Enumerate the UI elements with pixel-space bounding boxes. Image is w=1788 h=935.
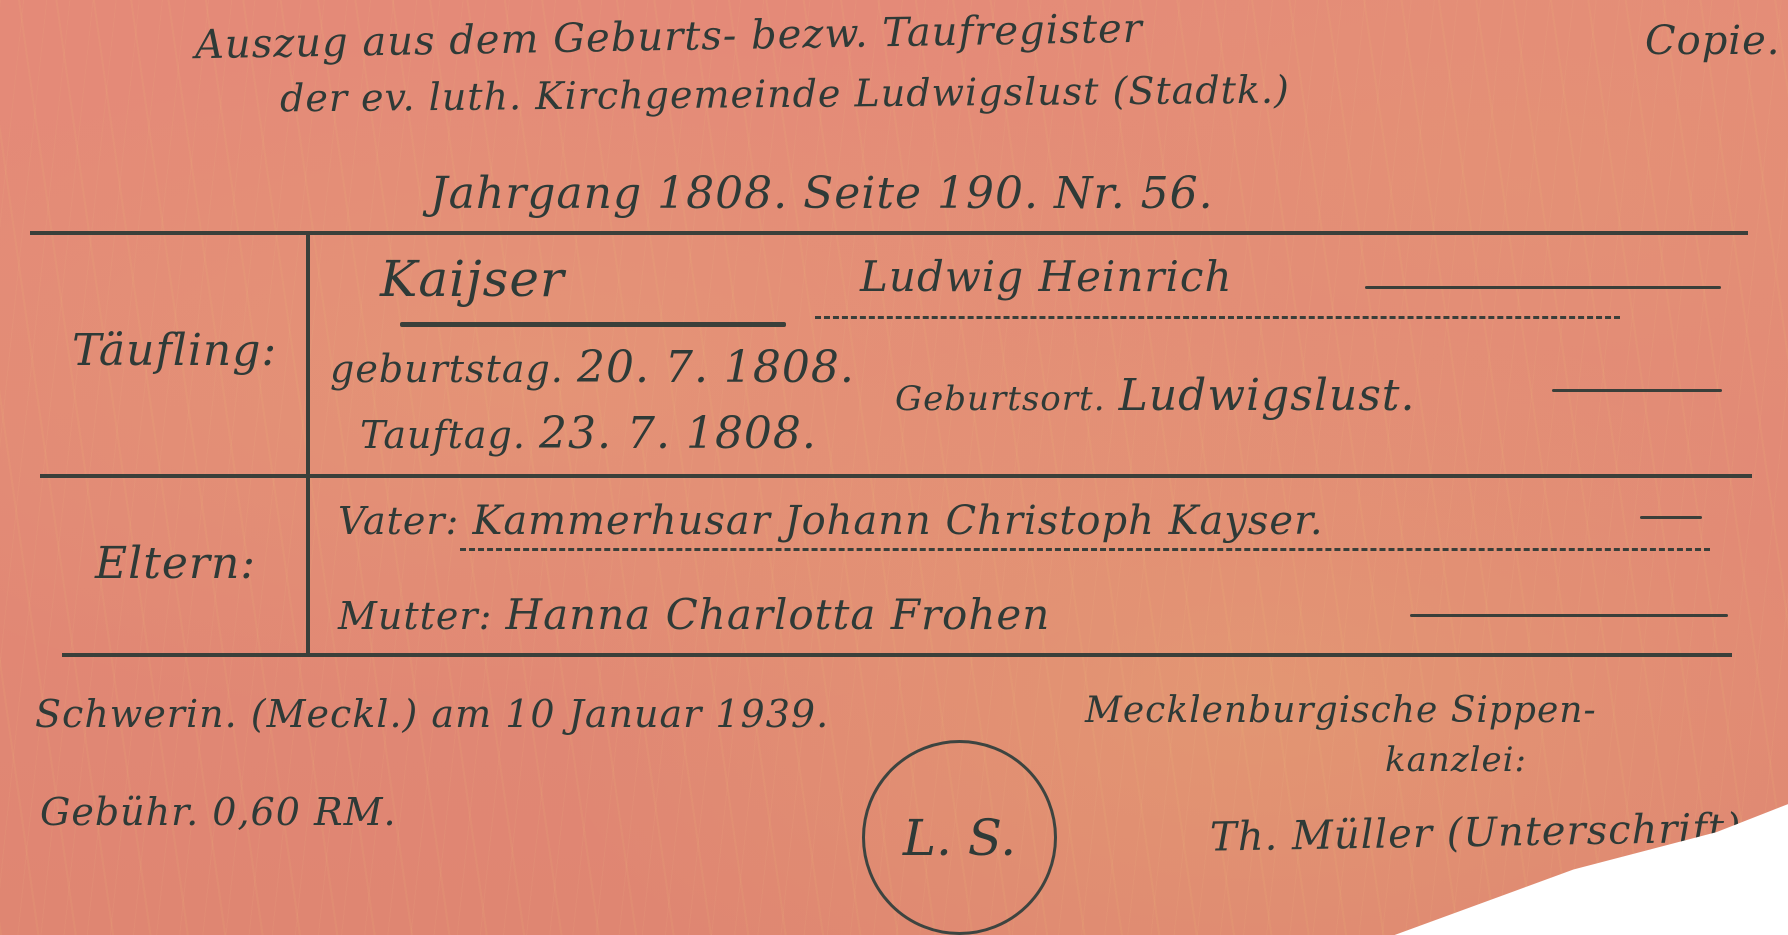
mother-label: Mutter:: [338, 594, 492, 638]
table-bottom-rule: [62, 653, 1732, 657]
father-fill-line: [1640, 516, 1702, 519]
birthplace-label: Geburtsort.: [895, 379, 1106, 419]
parents-label: Eltern:: [95, 538, 256, 589]
issuer-line-1: Mecklenburgische Sippen-: [1085, 690, 1597, 731]
document-card: Auszug aus dem Geburts- bezw. Taufregist…: [0, 0, 1788, 935]
mother-fill-line: [1410, 614, 1728, 617]
given-names-fill-line: [1365, 286, 1721, 289]
mother-row: Mutter: Hanna Charlotta Frohen: [338, 590, 1050, 639]
table-column-divider: [306, 232, 310, 656]
baptized-given-names: Ludwig Heinrich: [860, 252, 1233, 301]
fee: Gebühr. 0,60 RM.: [40, 790, 397, 834]
issuer-line-2: kanzlei:: [1385, 740, 1527, 780]
father-name: Kammerhusar Johann Christoph Kayser.: [472, 498, 1323, 544]
father-label: Vater:: [338, 499, 459, 543]
birthplace-row: Geburtsort. Ludwigslust.: [895, 370, 1415, 421]
table-middle-rule: [40, 474, 1752, 478]
baptized-label: Täufling:: [72, 325, 277, 376]
header-line-1: Auszug aus dem Geburts- bezw. Taufregist…: [195, 6, 1144, 69]
birth-date-value: 20. 7. 1808.: [577, 342, 855, 393]
register-reference: Jahrgang 1808. Seite 190. Nr. 56.: [430, 168, 1214, 219]
baptism-date-row: Tauftag. 23. 7. 1808.: [360, 408, 817, 459]
seal-text: L. S.: [903, 809, 1016, 867]
mother-name: Hanna Charlotta Frohen: [505, 590, 1050, 639]
copy-mark: Copie.: [1645, 18, 1780, 64]
birthplace-value: Ludwigslust.: [1119, 370, 1416, 421]
baptism-date-value: 23. 7. 1808.: [539, 408, 817, 459]
signature: Th. Müller (Unterschrift): [1210, 805, 1742, 860]
birth-date-row: geburtstag. 20. 7. 1808.: [330, 342, 855, 393]
header-line-2: der ev. luth. Kirchgemeinde Ludwigslust …: [280, 68, 1290, 121]
baptized-surname: Kaijser: [380, 250, 565, 308]
father-dash-line: [460, 548, 1710, 551]
place-and-date: Schwerin. (Meckl.) am 10 Januar 1939.: [35, 692, 829, 736]
father-row: Vater: Kammerhusar Johann Christoph Kays…: [338, 498, 1324, 544]
given-names-dash-line: [815, 316, 1620, 319]
table-top-rule: [30, 231, 1748, 235]
birthplace-fill-line: [1552, 389, 1722, 392]
surname-underline: [400, 322, 786, 327]
birth-date-label: geburtstag.: [330, 347, 564, 391]
baptism-date-label: Tauftag.: [360, 413, 526, 457]
seal-stamp: L. S.: [862, 740, 1057, 935]
